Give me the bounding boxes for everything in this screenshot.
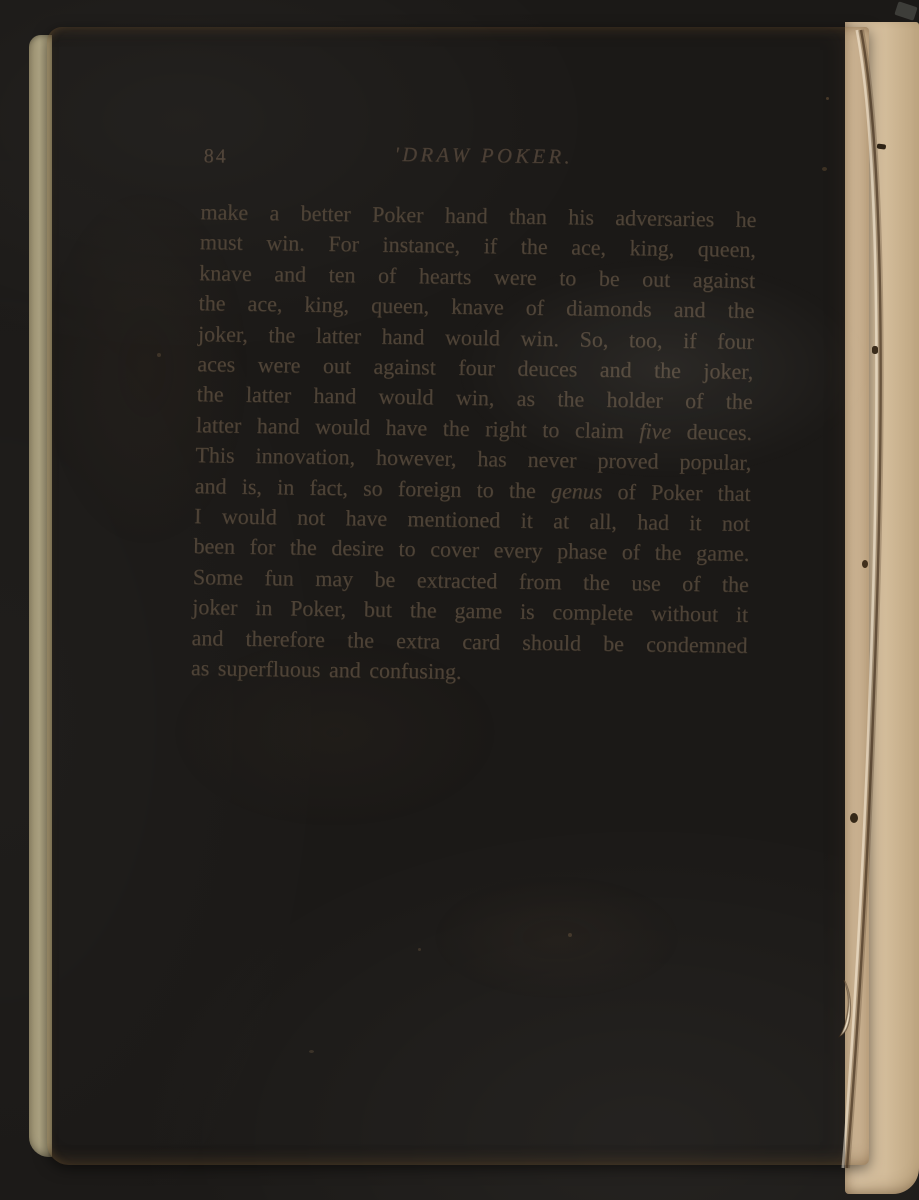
paper-speck bbox=[309, 1050, 314, 1053]
word: instance, bbox=[382, 230, 460, 261]
paper-speck bbox=[826, 97, 829, 100]
word: of bbox=[525, 293, 544, 324]
word: knave bbox=[199, 258, 252, 289]
word: is, bbox=[241, 471, 262, 502]
word: the bbox=[583, 567, 611, 598]
word: hand bbox=[313, 381, 356, 412]
word: were bbox=[494, 262, 537, 293]
word: win. bbox=[520, 323, 559, 354]
word: queen, bbox=[371, 291, 430, 322]
word: win. bbox=[266, 228, 305, 259]
word: fact, bbox=[309, 472, 348, 503]
word: a bbox=[269, 198, 279, 229]
word: the bbox=[347, 625, 375, 656]
word: in bbox=[255, 593, 273, 624]
word: better bbox=[300, 199, 351, 230]
word: king, bbox=[304, 290, 349, 321]
word: proved bbox=[597, 446, 659, 477]
word: but bbox=[364, 595, 393, 626]
word: too, bbox=[629, 325, 663, 356]
word: phase bbox=[557, 537, 608, 568]
word: the bbox=[520, 232, 548, 263]
word: For bbox=[328, 229, 359, 260]
word: of bbox=[617, 477, 636, 508]
word: and bbox=[599, 355, 631, 386]
word: joker bbox=[192, 592, 238, 623]
word: holder bbox=[606, 385, 663, 416]
word: hand bbox=[445, 201, 488, 232]
word: the bbox=[198, 288, 226, 319]
word: never bbox=[527, 445, 576, 476]
word: to bbox=[476, 475, 494, 506]
paper-speck bbox=[418, 948, 421, 951]
word: he bbox=[735, 205, 756, 236]
word: and bbox=[274, 259, 306, 290]
word: so bbox=[363, 473, 383, 504]
word: to bbox=[542, 415, 560, 446]
italic-word: five bbox=[639, 416, 671, 447]
word: would bbox=[315, 412, 371, 443]
word: adversaries bbox=[615, 203, 715, 235]
word: joker, bbox=[703, 356, 753, 387]
word: however, bbox=[376, 443, 457, 475]
word: hand bbox=[381, 321, 424, 352]
word: complete bbox=[552, 597, 633, 629]
word: against bbox=[692, 265, 755, 296]
running-title: 'DRAW POKER. bbox=[194, 141, 760, 172]
word: latter bbox=[196, 410, 242, 441]
word: would bbox=[222, 502, 278, 533]
word: every bbox=[493, 536, 542, 567]
word: superfluous bbox=[218, 656, 321, 682]
word: four bbox=[717, 326, 754, 357]
word: than bbox=[509, 201, 548, 232]
word: the bbox=[509, 475, 537, 506]
word: ace, bbox=[571, 233, 606, 264]
word: of bbox=[682, 569, 701, 600]
word: without bbox=[651, 599, 719, 630]
word: hearts bbox=[419, 261, 472, 292]
page-number: 84 bbox=[203, 145, 227, 168]
book-edge-glimpse bbox=[894, 1, 917, 20]
word: the bbox=[442, 413, 470, 444]
word: hand bbox=[257, 411, 300, 442]
word: out bbox=[642, 264, 671, 295]
word: were bbox=[257, 350, 300, 381]
word: aces bbox=[197, 349, 235, 380]
word: as bbox=[191, 655, 210, 680]
word: I bbox=[194, 501, 202, 532]
word: be bbox=[603, 629, 624, 660]
word: of bbox=[685, 386, 704, 417]
word: that bbox=[717, 478, 751, 509]
italic-word: genus bbox=[551, 476, 603, 507]
word: not bbox=[722, 509, 751, 540]
word: in bbox=[277, 472, 295, 503]
word: deuces bbox=[517, 354, 577, 385]
word: win, bbox=[456, 383, 495, 414]
word: desire bbox=[331, 533, 384, 564]
word: latter bbox=[246, 380, 292, 411]
word: popular, bbox=[679, 447, 751, 478]
word: condemned bbox=[646, 629, 748, 661]
word: Some bbox=[193, 562, 244, 593]
word: queen, bbox=[698, 235, 757, 266]
word: ace, bbox=[247, 289, 282, 320]
word: fun bbox=[264, 563, 294, 594]
word: should bbox=[522, 627, 581, 658]
paper-speck bbox=[157, 353, 161, 357]
word: card bbox=[462, 627, 500, 658]
word: and bbox=[194, 471, 226, 502]
word: joker, bbox=[198, 319, 248, 350]
word: the bbox=[410, 595, 438, 626]
word: game bbox=[454, 596, 502, 627]
paper-speck bbox=[822, 167, 827, 171]
word: use bbox=[631, 568, 661, 599]
word: the bbox=[727, 296, 755, 327]
word: had bbox=[637, 507, 669, 538]
word: latter bbox=[316, 320, 362, 351]
paper-speck bbox=[568, 933, 572, 937]
word: and bbox=[329, 657, 361, 682]
word: for bbox=[249, 532, 275, 563]
word: extra bbox=[396, 626, 441, 657]
word: been bbox=[193, 532, 235, 563]
page-header: 84 'DRAW POKER. bbox=[193, 141, 760, 183]
word: would bbox=[445, 322, 501, 353]
word: the bbox=[268, 320, 296, 351]
word: Poker bbox=[372, 200, 424, 231]
word: of bbox=[621, 538, 640, 569]
word: innovation, bbox=[255, 441, 355, 473]
word: have bbox=[345, 503, 387, 534]
word: out bbox=[323, 351, 352, 382]
word: and bbox=[191, 623, 223, 654]
word: the bbox=[722, 569, 750, 600]
word: to bbox=[559, 263, 577, 294]
word: make bbox=[200, 197, 248, 228]
word: be bbox=[599, 264, 620, 295]
word: and bbox=[673, 295, 705, 326]
word: all, bbox=[589, 507, 617, 538]
word: it bbox=[736, 600, 749, 631]
book-page: 84 'DRAW POKER. makeabetterPokerhandthan… bbox=[47, 27, 869, 1165]
word: is bbox=[520, 597, 535, 628]
word: must bbox=[200, 228, 243, 259]
word: the bbox=[290, 533, 318, 564]
word: Poker, bbox=[290, 594, 347, 625]
word: against bbox=[373, 352, 436, 383]
word: So, bbox=[579, 324, 608, 355]
word: ten bbox=[328, 260, 356, 291]
word: if bbox=[483, 232, 497, 263]
word: would bbox=[378, 382, 434, 413]
word: have bbox=[385, 413, 427, 444]
word: Poker bbox=[651, 477, 703, 508]
word: foreign bbox=[398, 474, 462, 505]
word: at bbox=[553, 506, 570, 537]
word: has bbox=[477, 444, 507, 475]
word: may bbox=[315, 564, 354, 595]
word: the bbox=[654, 356, 682, 387]
word: extracted bbox=[416, 565, 497, 597]
word: confusing. bbox=[369, 658, 462, 684]
word: from bbox=[519, 567, 562, 598]
word: the bbox=[196, 380, 224, 411]
word: of bbox=[378, 260, 397, 291]
page-content: 84 'DRAW POKER. makeabetterPokerhandthan… bbox=[193, 141, 760, 183]
word: claim bbox=[575, 415, 625, 446]
word: right bbox=[485, 414, 527, 445]
word: the bbox=[725, 387, 753, 418]
word: knave bbox=[451, 292, 504, 323]
page-text: makeabetterPokerhandthanhisadversarieshe… bbox=[191, 197, 757, 691]
word: it bbox=[520, 506, 533, 537]
word: diamonds bbox=[566, 293, 652, 325]
word: the bbox=[557, 385, 585, 416]
word: mentioned bbox=[407, 504, 501, 536]
word: king, bbox=[629, 234, 674, 265]
word: it bbox=[689, 508, 702, 539]
word: cover bbox=[430, 535, 479, 566]
word: game. bbox=[696, 539, 750, 570]
word: to bbox=[398, 534, 416, 565]
word: four bbox=[458, 353, 495, 384]
photo-background: 84 'DRAW POKER. makeabetterPokerhandthan… bbox=[0, 0, 919, 1200]
word: the bbox=[654, 538, 682, 569]
word: his bbox=[568, 202, 594, 233]
word: therefore bbox=[245, 624, 325, 656]
word: This bbox=[195, 440, 235, 471]
word: as bbox=[516, 384, 535, 415]
word: be bbox=[374, 564, 395, 595]
word: if bbox=[683, 326, 697, 357]
word: deuces. bbox=[686, 417, 752, 448]
word: not bbox=[297, 503, 326, 534]
